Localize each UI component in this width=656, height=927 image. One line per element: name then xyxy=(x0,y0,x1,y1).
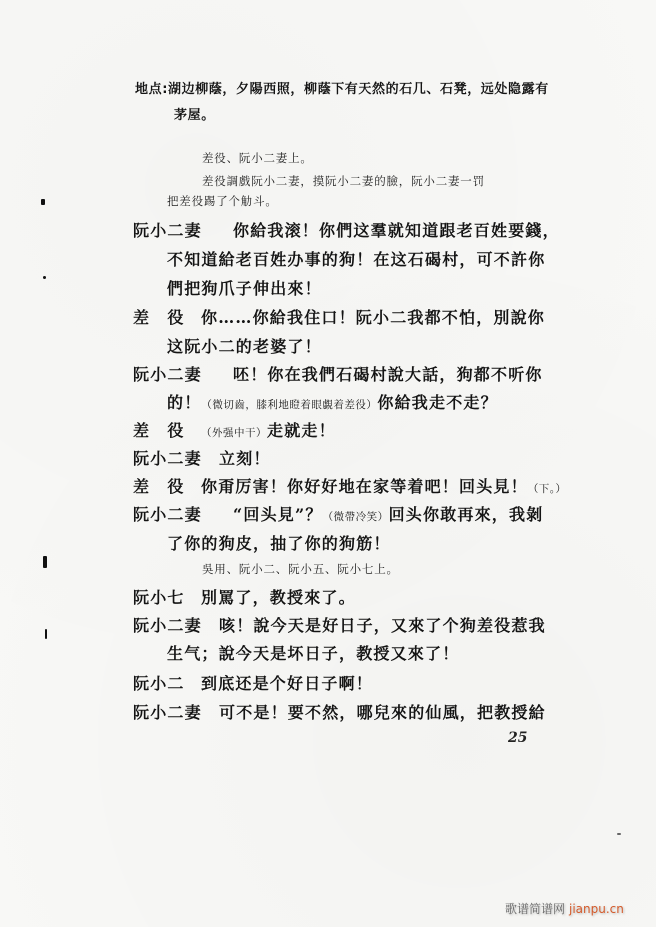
dialogue-line: 差 役（外强中干）走就走！ xyxy=(133,418,336,441)
dialogue-line: 不知道給老百姓办事的狗！在这石碣村，可不許你 xyxy=(167,247,545,270)
dialogue-line: 阮小二妻立刻！ xyxy=(133,446,271,469)
dialogue-line: 阮小七別罵了，教授來了。 xyxy=(133,585,356,608)
stage-direction-action-2: 把差役踢了个觔斗。 xyxy=(167,193,278,209)
dialogue-line: 差 役你……你給我住口！阮小二我都不怕，別說你 xyxy=(133,305,545,328)
watermark-domain: jianpu.cn xyxy=(569,902,624,916)
dialogue-line: 差 役你甭厉害！你好好地在家等着吧！回头見！（下。） xyxy=(133,474,567,497)
dialogue-text: 咳！說今天是好日子，又來了个狗差役惹我 xyxy=(219,616,546,635)
watermark: 歌谱简谱网jianpu.cn xyxy=(505,900,624,917)
speaker-name: 阮小二妻 xyxy=(133,700,219,723)
dialogue-text: 走就走！ xyxy=(267,421,336,440)
dialogue-text: 你給我滚！你們这羣就知道跟老百姓要錢， xyxy=(233,221,560,240)
page-number: 25 xyxy=(508,730,527,746)
stage-parenthetical: （微切齒，膝利地瞪着眼覷着差役） xyxy=(201,399,377,411)
speaker-name: 阮小二 xyxy=(133,671,201,694)
dialogue-text: 你甭厉害！你好好地在家等着吧！回头見！ xyxy=(201,477,528,496)
stage-direction-enter-1: 差役、阮小二妻上。 xyxy=(202,150,313,166)
dialogue-line: 这阮小二的老婆了！ xyxy=(167,334,322,357)
dialogue-line: 們把狗爪子伸出來！ xyxy=(167,276,322,299)
dialogue-line: 阮小二妻咳！說今天是好日子，又來了个狗差役惹我 xyxy=(133,613,546,636)
dialogue-text: 回头你敢再來，我剝 xyxy=(389,505,544,524)
dialogue-line: 阮小二到底还是个好日子啊！ xyxy=(133,671,373,694)
dialogue-text: 可不是！要不然，哪兒來的仙風，把教授給 xyxy=(219,703,546,722)
speaker-name: 阮小七 xyxy=(133,585,201,608)
dialogue-text: 你……你給我住口！阮小二我都不怕，別說你 xyxy=(201,308,545,327)
scan-mark xyxy=(617,833,621,835)
dialogue-line: 阮小二妻你給我滚！你們这羣就知道跟老百姓要錢， xyxy=(133,218,560,241)
setting-text-1: 湖边柳蔭，夕陽西照，柳蔭下有天然的石几、石凳，远处隐露有 xyxy=(168,82,549,97)
speaker-name: 阮小二妻 xyxy=(133,613,219,636)
dialogue-text: 立刻！ xyxy=(219,449,271,468)
speaker-name: 差 役 xyxy=(133,305,201,328)
speaker-name: 阮小二妻 xyxy=(133,362,233,385)
speaker-name: 阮小二妻 xyxy=(133,218,233,241)
stage-direction-action-1: 差役調戲阮小二妻，摸阮小二妻的臉，阮小二妻一罚 xyxy=(202,173,485,189)
watermark-chinese: 歌谱简谱网 xyxy=(505,902,565,916)
dialogue-line: 阮小二妻呸！你在我們石碣村說大話，狗都不听你 xyxy=(133,362,543,385)
stage-parenthetical: （外强中干） xyxy=(201,427,267,439)
dialogue-text: 別罵了，教授來了。 xyxy=(201,588,356,607)
dialogue-text: 你給我走不走？ xyxy=(377,393,497,412)
dialogue-text: 到底还是个好日子啊！ xyxy=(201,674,373,693)
speaker-name: 差 役 xyxy=(133,474,201,497)
dialogue-line: 生气；說今天是坏日子，教授又來了！ xyxy=(167,641,459,664)
dialogue-line: 阮小二妻可不是！要不然，哪兒來的仙風，把教授給 xyxy=(133,700,546,723)
dialogue-line: 了你的狗皮，抽了你的狗筋！ xyxy=(167,531,391,554)
dialogue-line: 阮小二妻“回头見”？（微帶冷笑）回头你敢再來，我剝 xyxy=(133,502,543,525)
speaker-name: 差 役 xyxy=(133,418,201,441)
scan-mark xyxy=(41,199,45,205)
setting-line-1: 地点:湖边柳蔭，夕陽西照，柳蔭下有天然的石几、石凳，远处隐露有 xyxy=(135,78,549,97)
speaker-name: 阮小二妻 xyxy=(133,502,233,525)
setting-line-2: 茅屋。 xyxy=(174,104,215,123)
speaker-name: 阮小二妻 xyxy=(133,446,219,469)
dialogue-text: “回头見”？ xyxy=(233,505,323,524)
setting-text-2: 茅屋。 xyxy=(174,108,215,123)
dialogue-line: 的！（微切齒，膝利地瞪着眼覷着差役）你給我走不走？ xyxy=(167,390,498,413)
scan-mark xyxy=(43,556,47,568)
scanned-page: 地点:湖边柳蔭，夕陽西照，柳蔭下有天然的石几、石凳，远处隐露有 茅屋。 差役、阮… xyxy=(0,0,656,927)
scan-mark xyxy=(43,276,46,279)
dialogue-text: 呸！你在我們石碣村說大話，狗都不听你 xyxy=(233,365,543,384)
scan-mark xyxy=(45,629,47,639)
stage-direction-enter-2: 吳用、阮小二、阮小五、阮小七上。 xyxy=(202,561,399,577)
dialogue-text: 的！ xyxy=(167,393,201,412)
setting-label: 地点: xyxy=(135,82,168,97)
stage-parenthetical: （下。） xyxy=(528,483,567,495)
stage-parenthetical: （微帶冷笑） xyxy=(323,511,389,523)
